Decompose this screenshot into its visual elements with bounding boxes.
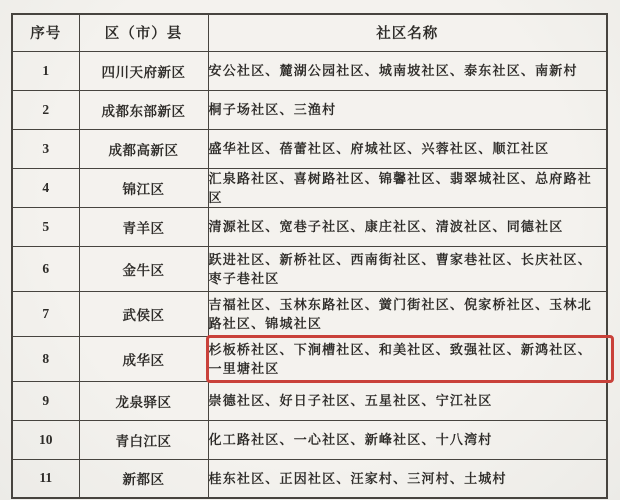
district-cell: 青白江区 (79, 420, 208, 459)
district-cell: 成都东部新区 (79, 90, 208, 129)
header-row: 序号 区（市）县 社区名称 (12, 14, 607, 51)
serial-number-cell: 9 (12, 381, 79, 420)
communities-cell: 杉板桥社区、下涧槽社区、和美社区、致强社区、新鸿社区、一里塘社区 (208, 336, 607, 381)
communities-table: 序号 区（市）县 社区名称 1四川天府新区安公社区、麓湖公园社区、城南坡社区、泰… (11, 13, 608, 499)
header-community-name: 社区名称 (208, 14, 607, 51)
district-cell: 青羊区 (79, 207, 208, 246)
serial-number-cell: 11 (12, 459, 79, 498)
table-row: 1四川天府新区安公社区、麓湖公园社区、城南坡社区、泰东社区、南新村 (12, 51, 607, 90)
district-cell: 武侯区 (79, 291, 208, 336)
table-row: 8成华区杉板桥社区、下涧槽社区、和美社区、致强社区、新鸿社区、一里塘社区 (12, 336, 607, 381)
communities-text: 崇德社区、好日子社区、五星社区、宁江社区 (209, 393, 493, 408)
serial-number-cell: 10 (12, 420, 79, 459)
communities-text: 桐子场社区、三渔村 (209, 102, 337, 117)
communities-cell: 跃进社区、新桥社区、西南街社区、曹家巷社区、长庆社区、枣子巷社区 (208, 246, 607, 291)
district-cell: 金牛区 (79, 246, 208, 291)
table-row: 4锦江区汇泉路社区、喜树路社区、锦馨社区、翡翠城社区、总府路社区 (12, 168, 607, 207)
district-cell: 成华区 (79, 336, 208, 381)
table-row: 2成都东部新区桐子场社区、三渔村 (12, 90, 607, 129)
district-cell: 龙泉驿区 (79, 381, 208, 420)
table-body: 1四川天府新区安公社区、麓湖公园社区、城南坡社区、泰东社区、南新村2成都东部新区… (12, 51, 607, 498)
serial-number-cell: 7 (12, 291, 79, 336)
serial-number-cell: 8 (12, 336, 79, 381)
table-row: 7武侯区吉福社区、玉林东路社区、黉门街社区、倪家桥社区、玉林北路社区、锦城社区 (12, 291, 607, 336)
communities-text: 跃进社区、新桥社区、西南街社区、曹家巷社区、长庆社区、枣子巷社区 (209, 252, 592, 286)
communities-text: 安公社区、麓湖公园社区、城南坡社区、泰东社区、南新村 (209, 63, 578, 78)
table-row: 10青白江区化工路社区、一心社区、新峰社区、十八湾村 (12, 420, 607, 459)
communities-text: 汇泉路社区、喜树路社区、锦馨社区、翡翠城社区、总府路社区 (209, 171, 592, 205)
table-row: 6金牛区跃进社区、新桥社区、西南街社区、曹家巷社区、长庆社区、枣子巷社区 (12, 246, 607, 291)
communities-text: 化工路社区、一心社区、新峰社区、十八湾村 (209, 432, 493, 447)
communities-cell: 盛华社区、蓓蕾社区、府城社区、兴蓉社区、顺江社区 (208, 129, 607, 168)
document-page: 序号 区（市）县 社区名称 1四川天府新区安公社区、麓湖公园社区、城南坡社区、泰… (0, 0, 620, 500)
communities-text: 盛华社区、蓓蕾社区、府城社区、兴蓉社区、顺江社区 (209, 141, 550, 156)
serial-number-cell: 1 (12, 51, 79, 90)
district-cell: 锦江区 (79, 168, 208, 207)
communities-text: 清源社区、宽巷子社区、康庄社区、清波社区、同德社区 (209, 219, 564, 234)
communities-cell: 桂东社区、正因社区、汪家村、三河村、土城村 (208, 459, 607, 498)
district-cell: 四川天府新区 (79, 51, 208, 90)
serial-number-cell: 3 (12, 129, 79, 168)
header-serial-number: 序号 (12, 14, 79, 51)
communities-cell: 化工路社区、一心社区、新峰社区、十八湾村 (208, 420, 607, 459)
serial-number-cell: 5 (12, 207, 79, 246)
table-row: 5青羊区清源社区、宽巷子社区、康庄社区、清波社区、同德社区 (12, 207, 607, 246)
communities-text: 杉板桥社区、下涧槽社区、和美社区、致强社区、新鸿社区、一里塘社区 (209, 342, 592, 376)
communities-cell: 崇德社区、好日子社区、五星社区、宁江社区 (208, 381, 607, 420)
communities-cell: 清源社区、宽巷子社区、康庄社区、清波社区、同德社区 (208, 207, 607, 246)
communities-text: 吉福社区、玉林东路社区、黉门街社区、倪家桥社区、玉林北路社区、锦城社区 (209, 297, 592, 331)
district-cell: 新都区 (79, 459, 208, 498)
serial-number-cell: 2 (12, 90, 79, 129)
communities-cell: 安公社区、麓湖公园社区、城南坡社区、泰东社区、南新村 (208, 51, 607, 90)
table-row: 11新都区桂东社区、正因社区、汪家村、三河村、土城村 (12, 459, 607, 498)
header-district: 区（市）县 (79, 14, 208, 51)
table-row: 3成都高新区盛华社区、蓓蕾社区、府城社区、兴蓉社区、顺江社区 (12, 129, 607, 168)
communities-text: 桂东社区、正因社区、汪家村、三河村、土城村 (209, 471, 507, 486)
table-row: 9龙泉驿区崇德社区、好日子社区、五星社区、宁江社区 (12, 381, 607, 420)
communities-cell: 桐子场社区、三渔村 (208, 90, 607, 129)
serial-number-cell: 6 (12, 246, 79, 291)
district-cell: 成都高新区 (79, 129, 208, 168)
communities-cell: 汇泉路社区、喜树路社区、锦馨社区、翡翠城社区、总府路社区 (208, 168, 607, 207)
serial-number-cell: 4 (12, 168, 79, 207)
communities-cell: 吉福社区、玉林东路社区、黉门街社区、倪家桥社区、玉林北路社区、锦城社区 (208, 291, 607, 336)
table-header: 序号 区（市）县 社区名称 (12, 14, 607, 51)
